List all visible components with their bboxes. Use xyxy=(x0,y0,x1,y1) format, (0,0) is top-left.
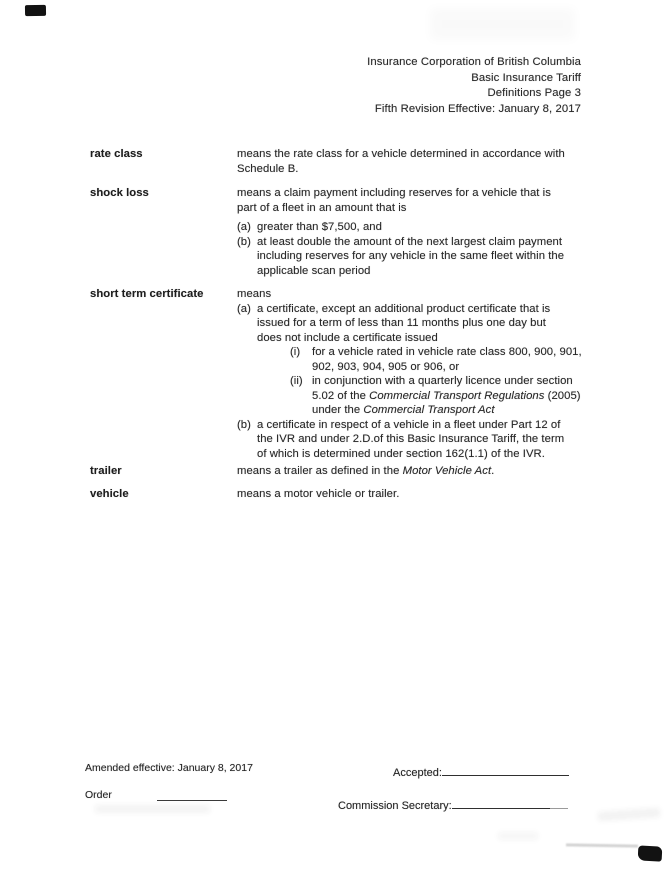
scan-smudge-header xyxy=(430,8,575,40)
scan-smudge-order xyxy=(95,805,210,813)
accepted-signature-line xyxy=(442,764,569,776)
accepted-block: Accepted: xyxy=(393,764,569,779)
definition-paragraph: means xyxy=(237,287,582,302)
list-marker: (a) xyxy=(237,302,257,317)
text-segment: means a trailer as defined in the xyxy=(237,465,403,477)
list-marker: (b) xyxy=(237,235,257,250)
text-segment: means a claim payment including reserves… xyxy=(237,187,551,214)
order-label: Order xyxy=(85,789,112,801)
definition-entry: rate classmeans the rate class for a veh… xyxy=(90,147,582,176)
text-segment: means the rate class for a vehicle deter… xyxy=(237,148,565,175)
list-item-text: in conjunction with a quarterly licence … xyxy=(312,374,581,418)
text-segment: a certificate, except an additional prod… xyxy=(257,303,550,344)
definition-term: rate class xyxy=(90,147,237,162)
definition-list-item: (b)at least double the amount of the nex… xyxy=(237,235,564,279)
scan-streak-bottom-right xyxy=(566,843,638,847)
text-segment: means xyxy=(237,288,271,300)
definition-list-item: (a)a certificate, except an additional p… xyxy=(237,302,582,346)
definition-body: means a motor vehicle or trailer. xyxy=(237,487,399,502)
definition-list-item: (b)a certificate in respect of a vehicle… xyxy=(237,418,582,462)
list-marker: (a) xyxy=(237,220,257,235)
italic-text-segment: Motor Vehicle Act xyxy=(403,465,492,477)
definition-entry: trailermeans a trailer as defined in the… xyxy=(90,464,582,479)
accepted-label: Accepted: xyxy=(393,767,442,779)
definition-term: shock loss xyxy=(90,186,237,201)
definition-list-item: (i)for a vehicle rated in vehicle rate c… xyxy=(290,345,582,374)
definition-list-item: (ii)in conjunction with a quarterly lice… xyxy=(290,374,582,418)
italic-text-segment: Commercial Transport Act xyxy=(363,404,494,416)
definition-body: means a claim payment including reserves… xyxy=(237,186,564,278)
commission-secretary-block: Commission Secretary: xyxy=(338,797,568,812)
commission-secretary-signature-line xyxy=(452,797,550,809)
definition-term: vehicle xyxy=(90,487,237,502)
scan-artifact-top-left xyxy=(25,5,46,16)
definition-body: means a trailer as defined in the Motor … xyxy=(237,464,494,479)
list-marker: (b) xyxy=(237,418,257,433)
commission-secretary-signature-line-end xyxy=(550,797,568,809)
definition-term: short term certificate xyxy=(90,287,237,302)
header-block: Insurance Corporation of British Columbi… xyxy=(0,55,581,117)
scan-smudge-secretary-end xyxy=(598,808,660,821)
amended-effective-label: Amended effective: January 8, 2017 xyxy=(85,762,253,774)
definition-entry: vehiclemeans a motor vehicle or trailer. xyxy=(90,487,582,502)
definition-entry: shock lossmeans a claim payment includin… xyxy=(90,186,582,278)
definition-paragraph: means a motor vehicle or trailer. xyxy=(237,487,399,502)
list-item-text: a certificate in respect of a vehicle in… xyxy=(257,418,564,462)
text-segment: for a vehicle rated in vehicle rate clas… xyxy=(312,346,582,373)
header-line-tariff: Basic Insurance Tariff xyxy=(0,71,581,87)
definition-paragraph: means the rate class for a vehicle deter… xyxy=(237,147,565,176)
header-line-page: Definitions Page 3 xyxy=(0,86,581,102)
italic-text-segment: Commercial Transport Regulations xyxy=(369,390,544,402)
header-line-org: Insurance Corporation of British Columbi… xyxy=(0,55,581,71)
definition-paragraph: means a trailer as defined in the Motor … xyxy=(237,464,494,479)
order-signature-line xyxy=(157,800,227,801)
definition-term: trailer xyxy=(90,464,237,479)
definition-body: means(a)a certificate, except an additio… xyxy=(237,287,582,461)
text-segment: means a motor vehicle or trailer. xyxy=(237,488,399,500)
definition-paragraph: means a claim payment including reserves… xyxy=(237,186,564,215)
scan-artifact-bottom-right xyxy=(638,845,663,861)
list-marker: (i) xyxy=(290,345,312,360)
definition-list-item: (a)greater than $7,500, and xyxy=(237,220,564,235)
text-segment: . xyxy=(491,465,494,477)
list-item-text: at least double the amount of the next l… xyxy=(257,235,564,279)
definition-entry: short term certificatemeans(a)a certific… xyxy=(90,287,582,461)
definitions-list: rate classmeans the rate class for a veh… xyxy=(90,147,582,501)
text-segment: greater than $7,500, and xyxy=(257,221,382,233)
document-page: { "header": { "lines": [ "Insurance Corp… xyxy=(0,0,672,869)
list-item-text: a certificate, except an additional prod… xyxy=(257,302,550,346)
list-marker: (ii) xyxy=(290,374,312,389)
definition-body: means the rate class for a vehicle deter… xyxy=(237,147,565,176)
text-segment: at least double the amount of the next l… xyxy=(257,236,564,277)
text-segment: a certificate in respect of a vehicle in… xyxy=(257,419,564,460)
header-line-revision: Fifth Revision Effective: January 8, 201… xyxy=(0,102,581,118)
scan-smudge-bottom-mid xyxy=(498,832,538,840)
list-item-text: greater than $7,500, and xyxy=(257,220,382,235)
commission-secretary-label: Commission Secretary: xyxy=(338,800,452,812)
list-item-text: for a vehicle rated in vehicle rate clas… xyxy=(312,345,582,374)
